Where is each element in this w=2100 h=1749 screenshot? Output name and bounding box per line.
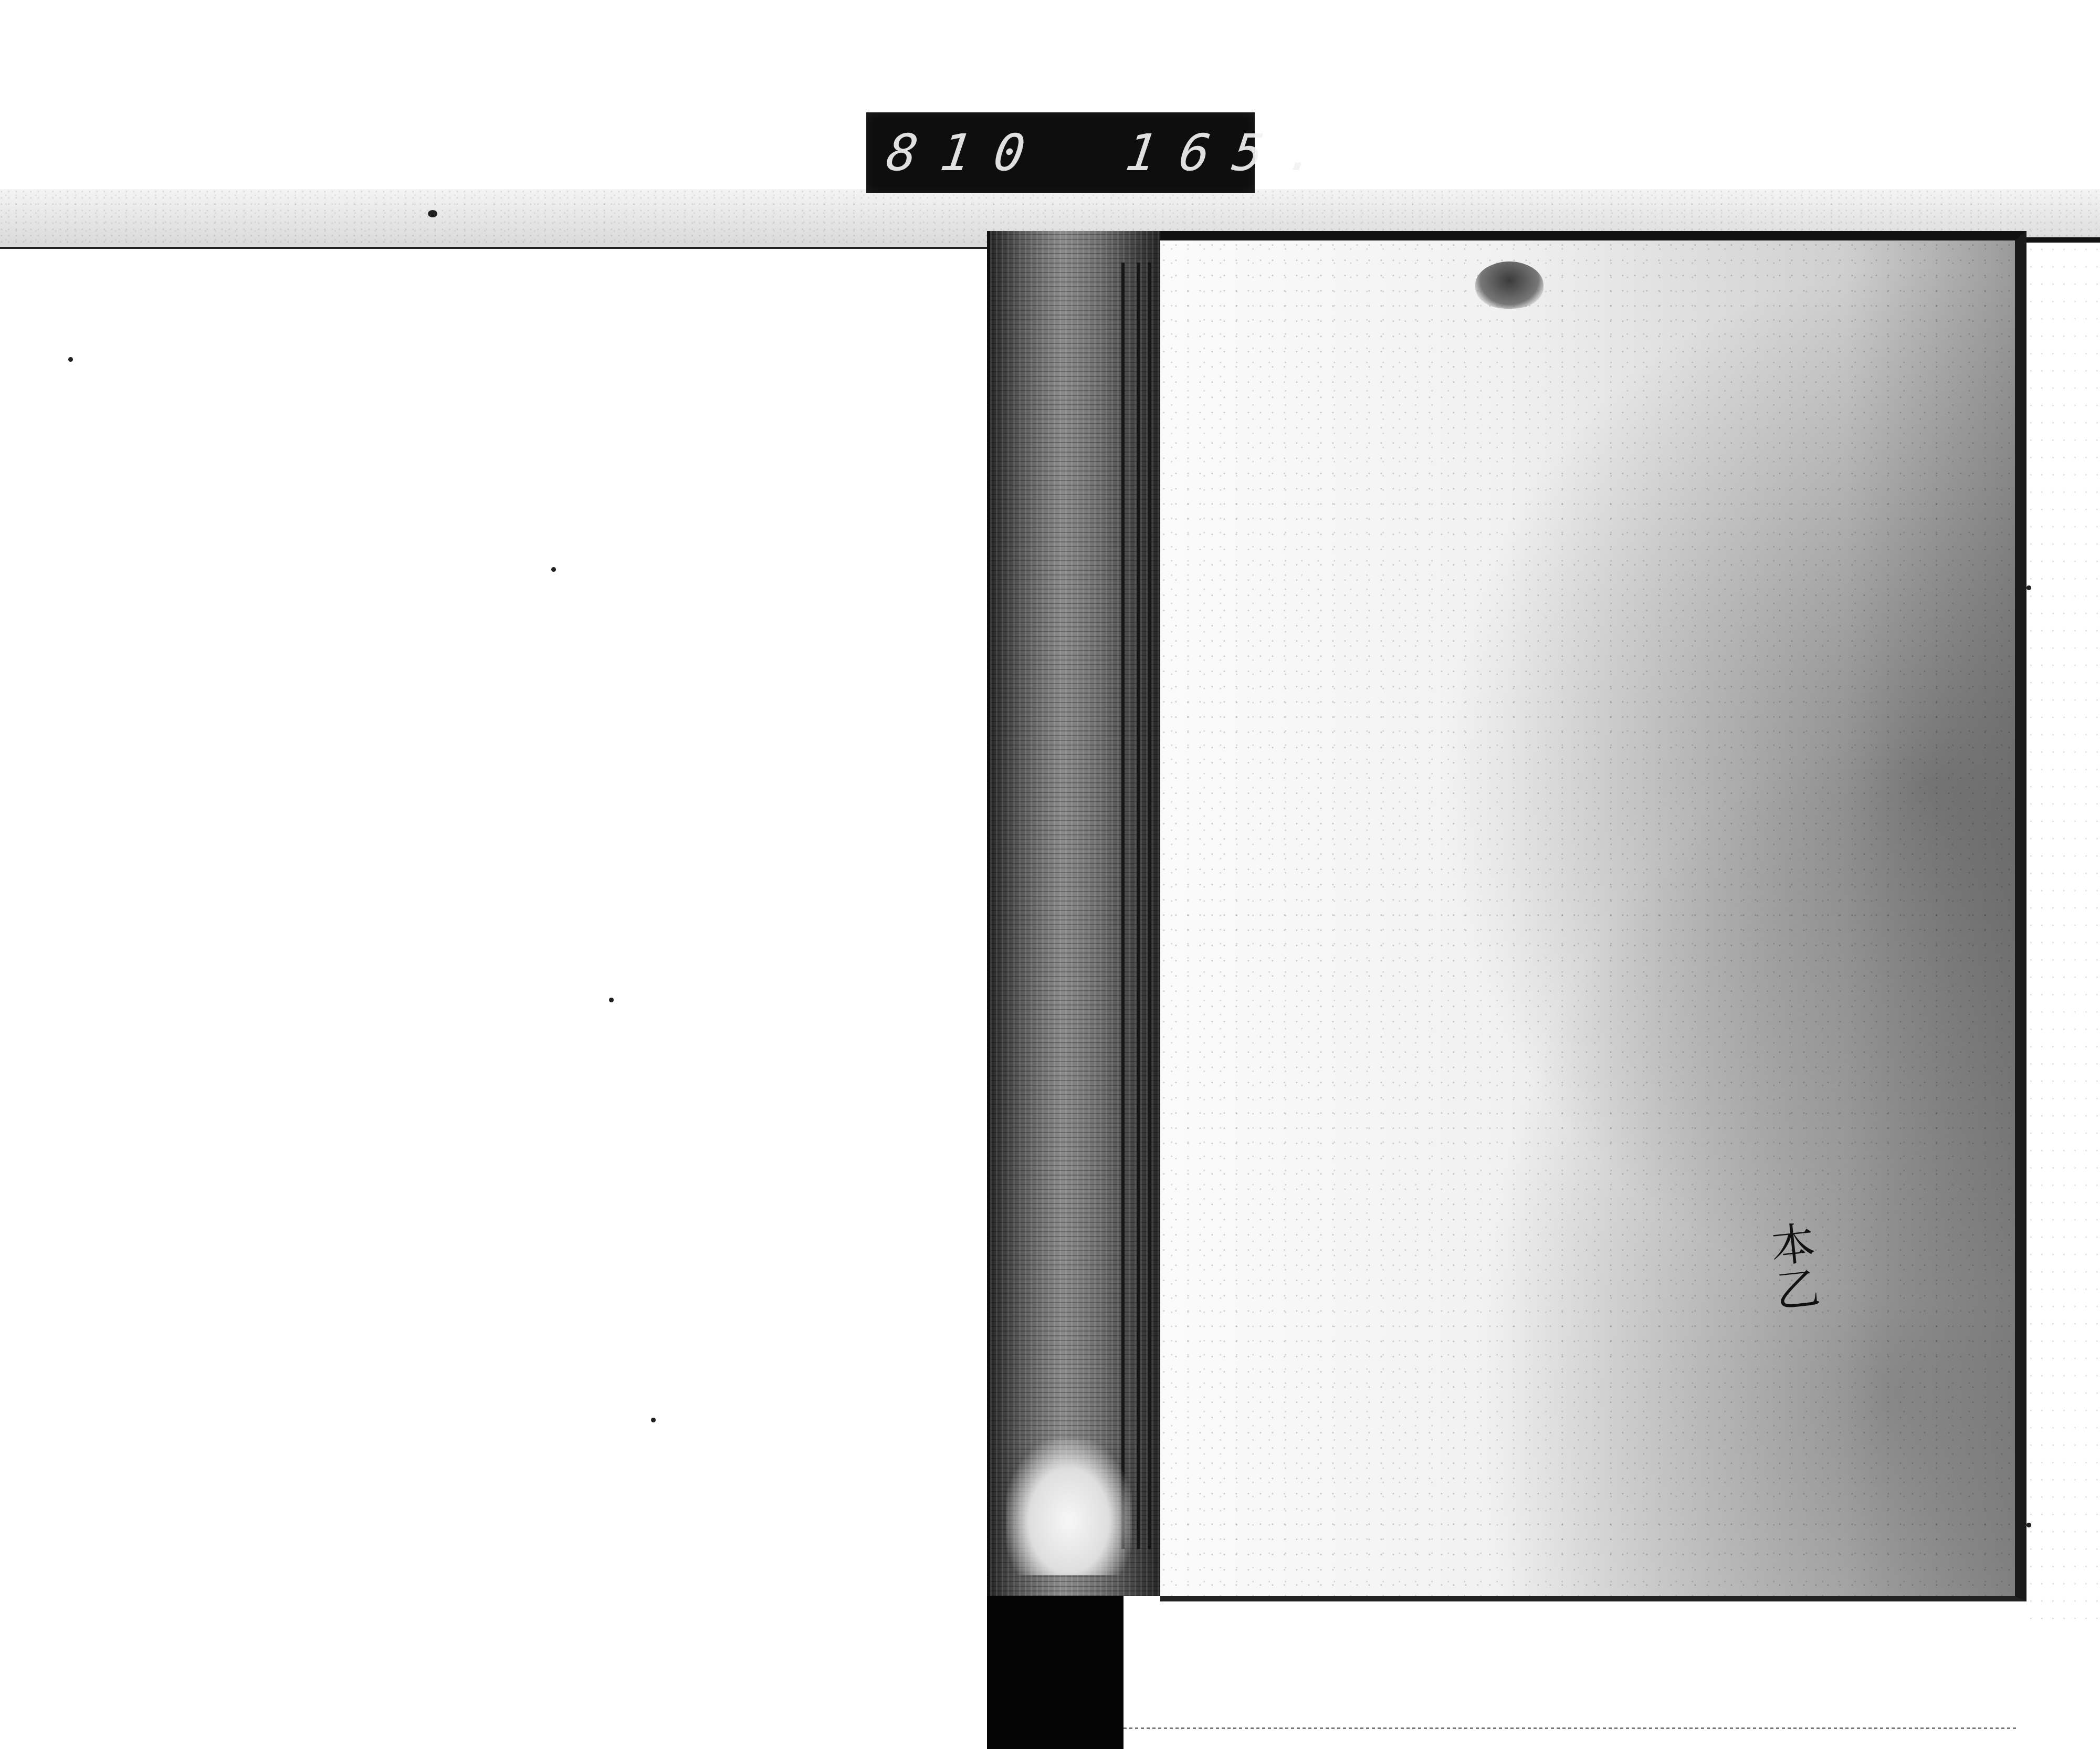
spine-groove bbox=[1148, 263, 1151, 1549]
scan-speck bbox=[2026, 585, 2031, 590]
call-number-label: 810 165. bbox=[866, 112, 1255, 193]
spine-foot-shadow bbox=[987, 1596, 1123, 1749]
scan-speck bbox=[609, 998, 614, 1002]
scan-speck bbox=[428, 210, 437, 217]
scan-speck bbox=[68, 357, 73, 362]
scanner-edge-line bbox=[0, 247, 987, 249]
call-number-part-2: 165. bbox=[1122, 123, 1345, 182]
scan-speck bbox=[651, 1418, 656, 1422]
spine-groove bbox=[1121, 263, 1125, 1549]
scan-bottom-edge bbox=[1123, 1727, 2016, 1729]
spine-worn-area bbox=[1006, 1439, 1132, 1575]
scan-speck bbox=[551, 567, 556, 572]
call-number-part-1: 810 bbox=[883, 123, 1052, 182]
scan-speck bbox=[2026, 1523, 2031, 1527]
cover-stain bbox=[1475, 261, 1543, 309]
book-cover: 本乙 bbox=[1160, 231, 2026, 1601]
scan-margin-right bbox=[2026, 243, 2100, 1634]
handwritten-mark: 本乙 bbox=[1754, 1219, 1836, 1316]
book-spine bbox=[987, 231, 1173, 1596]
scanner-edge-line-right bbox=[2021, 237, 2100, 243]
spine-groove bbox=[1137, 263, 1140, 1549]
